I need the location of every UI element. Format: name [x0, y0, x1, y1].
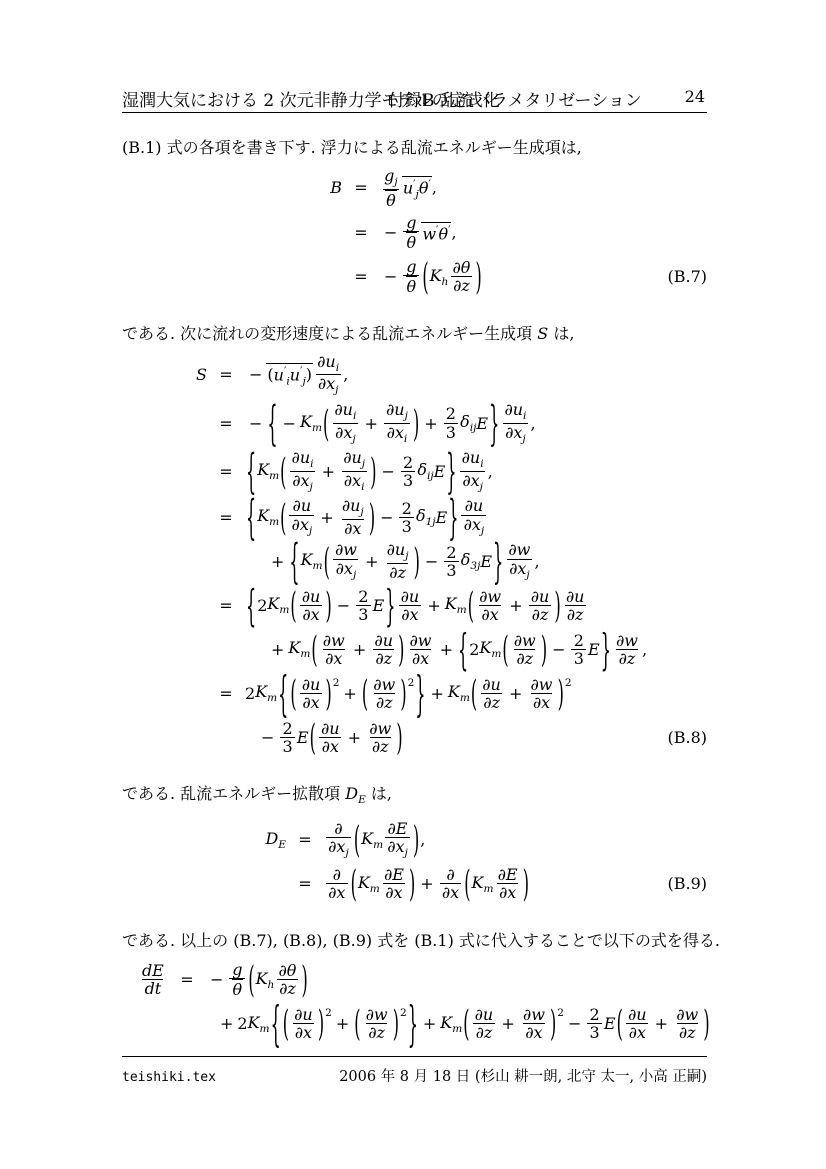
- header-title-overlay: 付録B 乱流パラメタリゼーション: [388, 86, 642, 111]
- footer-date-authors: 2006 年 8 月 18 日 (杉山 耕一朗, 北守 太一, 小高 正嗣): [339, 1065, 707, 1086]
- paragraph-substitution: である. 以上の (B.7), (B.8), (B.9) 式を (B.1) 式に…: [122, 930, 707, 952]
- document-page: { "header": { "title_left": "湿潤大気における 2 …: [0, 0, 826, 1169]
- page-footer: teishiki.tex 2006 年 8 月 18 日 (杉山 耕一朗, 北守…: [122, 1056, 707, 1086]
- paragraph-shear-term: である. 次に流れの変形速度による乱流エネルギー生成項 S は,: [122, 323, 707, 345]
- equation-b7: B=gjθu′jθ′,=−gθw′θ′,=−gθ(Kh∂θ∂z)(B.7): [122, 165, 707, 299]
- page-content: 湿潤大気における 2 次元非静力学モデルの定式化 付録B 乱流パラメタリゼーショ…: [122, 0, 707, 1050]
- equation-final: dEdt=−gθ(Kh∂θ∂z)+2Km{(∂u∂x)2+(∂w∂z)2}+Km…: [122, 958, 707, 1046]
- paragraph-intro-b1: (B.1) 式の各項を書き下す. 浮力による乱流エネルギー生成項は,: [122, 137, 707, 159]
- equation-b8: S=−(u′iu′j)∂ui∂xj,=−{−Km(∂ui∂xj+∂uj∂xi)+…: [122, 351, 707, 760]
- page-number: 24: [685, 87, 705, 106]
- running-header: 湿潤大気における 2 次元非静力学モデルの定式化 付録B 乱流パラメタリゼーショ…: [122, 86, 707, 113]
- paragraph-diffusion-term: である. 乱流エネルギー拡散項 DE は,: [122, 783, 707, 811]
- equation-b9: DE=∂∂xj(Km∂E∂xj),=∂∂x(Km∂E∂x)+∂∂x(Km∂E∂x…: [122, 818, 707, 906]
- footer-filename: teishiki.tex: [122, 1070, 216, 1085]
